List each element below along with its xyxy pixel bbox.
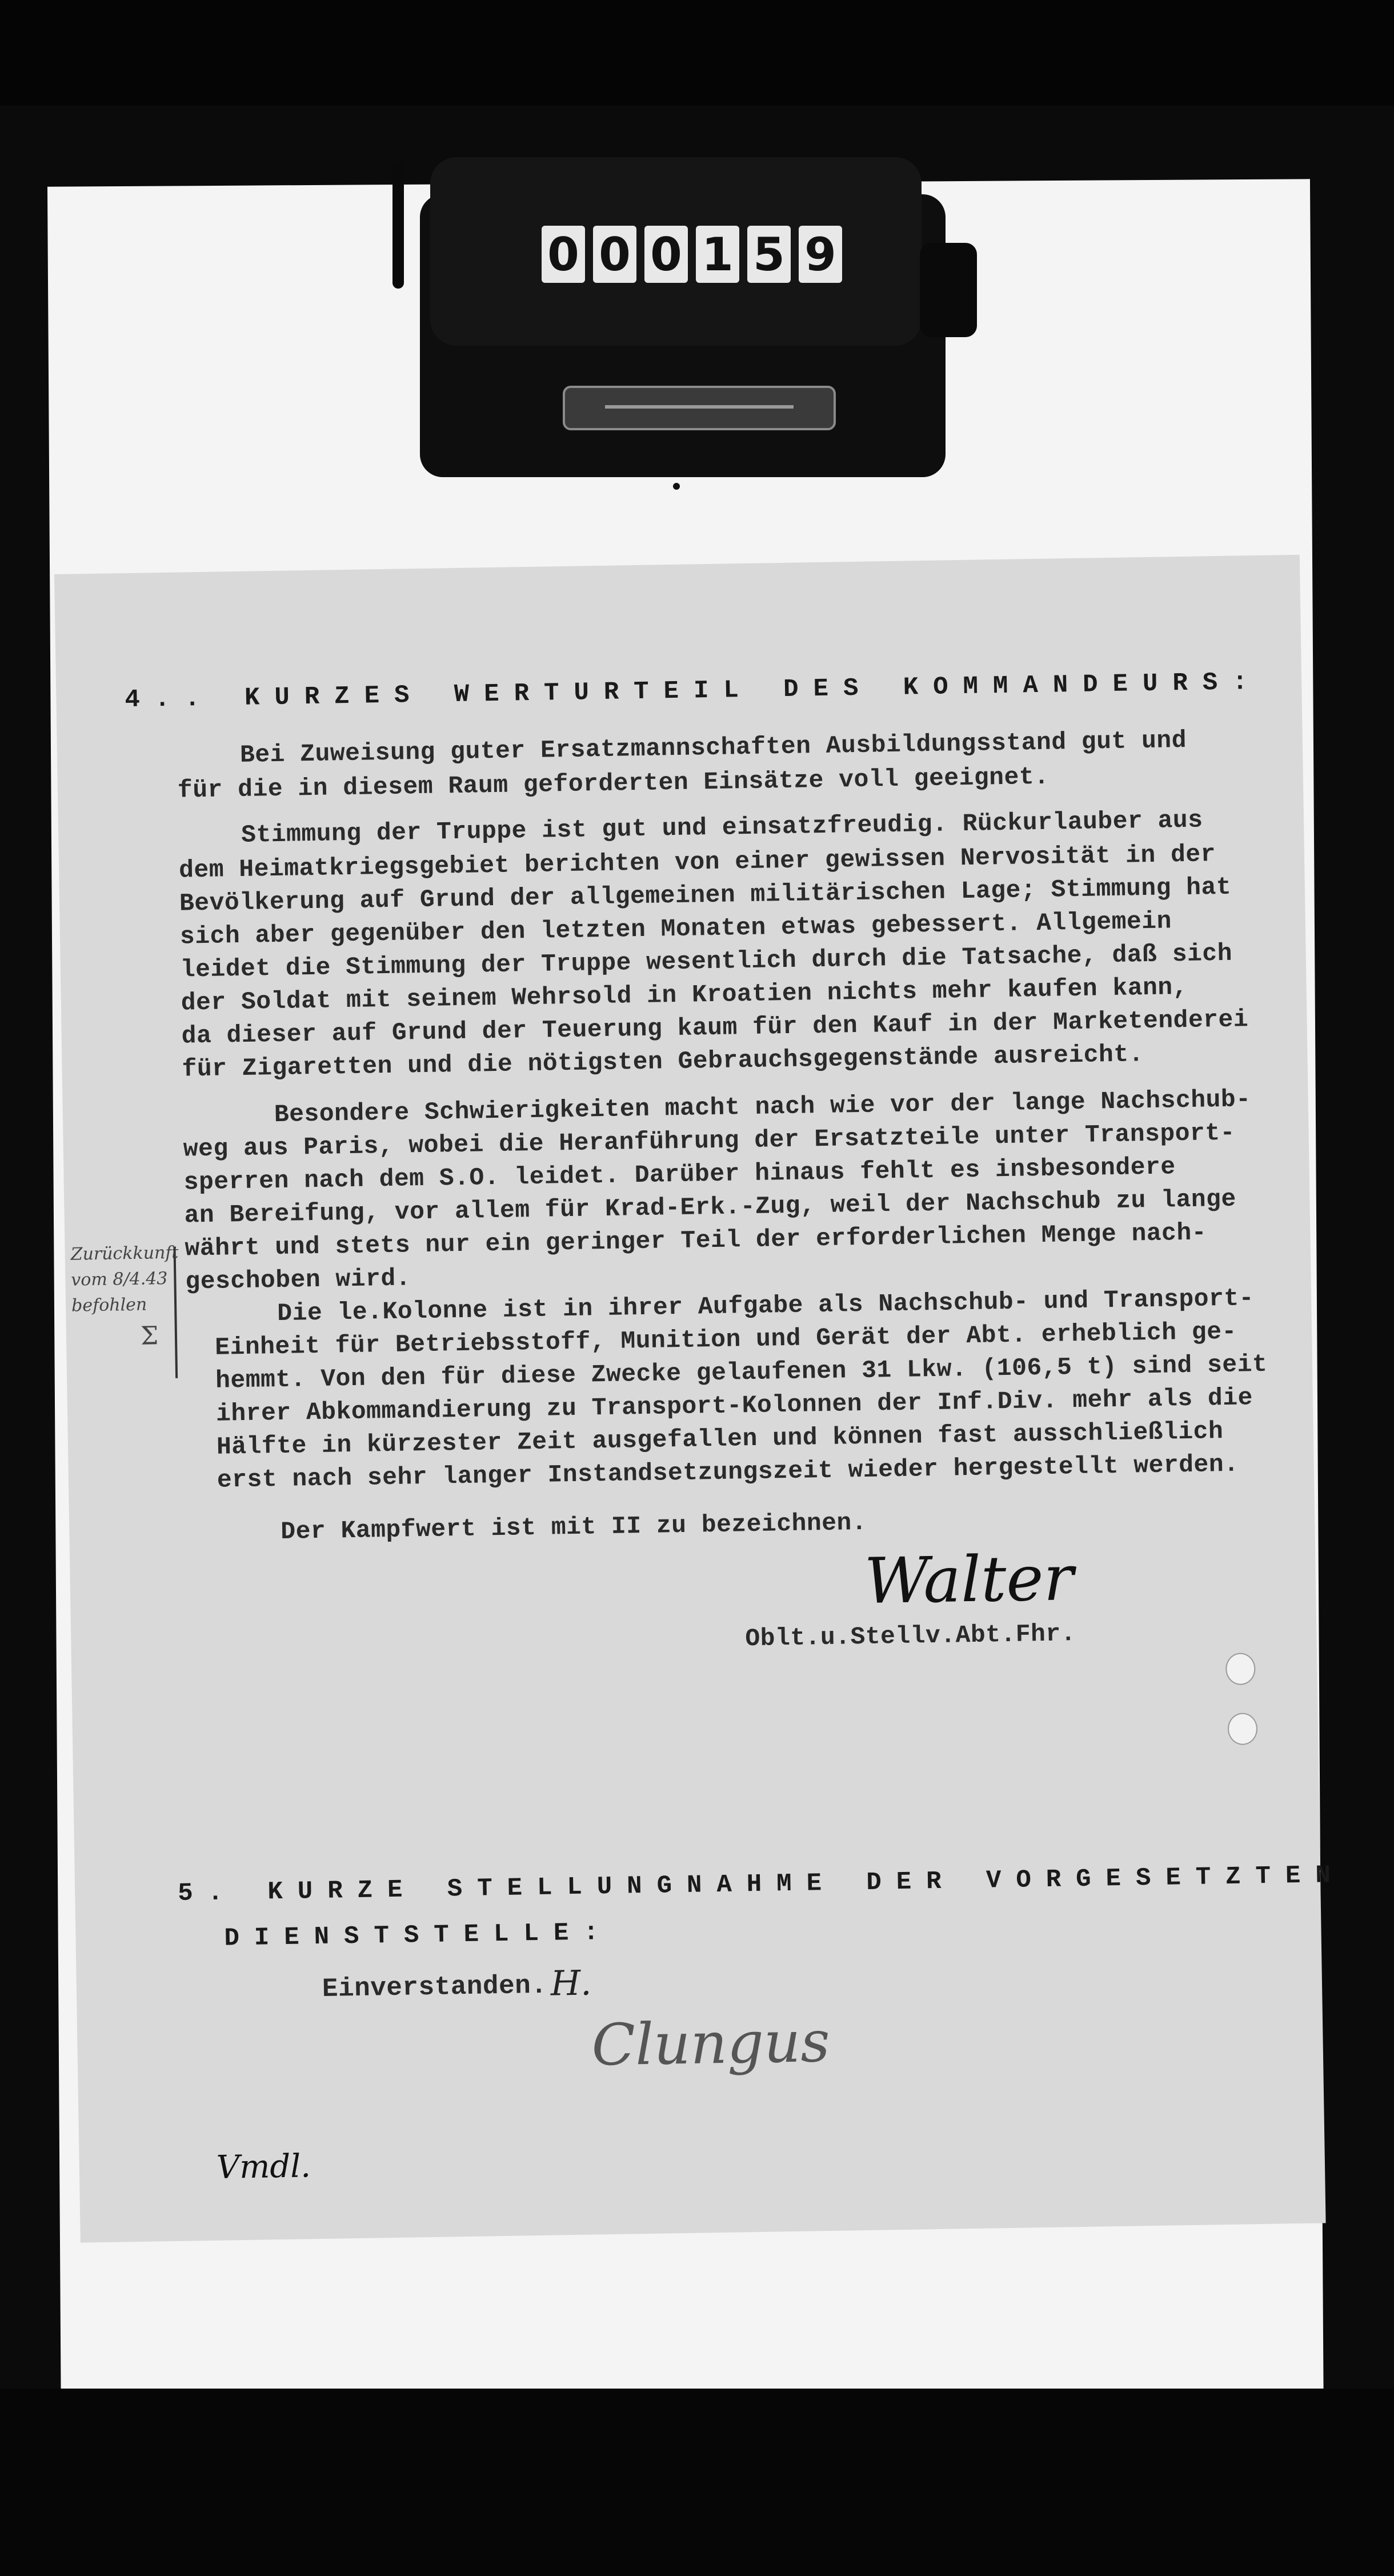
counter-cable — [392, 163, 404, 289]
microfilm-border-top — [0, 0, 1394, 106]
counter-digit: 1 — [696, 226, 739, 283]
punch-hole — [1225, 1653, 1256, 1685]
counter-digits: 0 0 0 1 5 9 — [542, 226, 842, 283]
frame-counter: 0 0 0 1 5 9 — [420, 157, 951, 477]
counter-nameplate — [563, 386, 836, 430]
counter-digit: 5 — [747, 226, 791, 283]
document-page: 4.. KURZES WERTURTEIL DES KOMMANDEURS: B… — [54, 555, 1326, 2243]
commander-signature: Walter — [864, 1541, 1074, 1618]
text-line: Stimmung der Truppe ist gut und einsatzf… — [241, 807, 1203, 847]
punch-hole — [1228, 1713, 1258, 1745]
section-4-heading: 4.. KURZES WERTURTEIL DES KOMMANDEURS: — [125, 670, 1263, 713]
superior-signature: Clungus — [591, 2008, 831, 2079]
section-5-heading: 5. KURZE STELLUNGNAHME DER VORGESETZTEN — [178, 1863, 1345, 1906]
counter-top: 0 0 0 1 5 9 — [430, 157, 922, 346]
bottom-note: Vmdl. — [216, 2147, 311, 2186]
initials: H. — [550, 1963, 591, 2004]
margin-note: Zurückkunft vom 8/4.43 befohlen Σ — [70, 1240, 186, 1357]
microfilm-border-bottom — [0, 2389, 1394, 2576]
counter-digit: 0 — [593, 226, 636, 283]
counter-digit: 9 — [799, 226, 842, 283]
text-line: Bei Zuweisung guter Ersatzmannschaften A… — [240, 728, 1187, 767]
counter-digit: 0 — [542, 226, 585, 283]
margin-note-line: Zurückkunft — [70, 1240, 185, 1267]
margin-note-line: befohlen — [71, 1291, 186, 1319]
margin-note-line: vom 8/4.43 — [71, 1266, 186, 1293]
approval-text: Einverstanden. — [322, 1973, 547, 2002]
text-line: für die in diesem Raum geforderten Einsä… — [178, 765, 1049, 803]
counter-digit: 0 — [644, 226, 688, 283]
sigma-mark: Σ — [71, 1317, 186, 1357]
text-line: geschoben wird. — [185, 1266, 411, 1294]
section-5-heading-continued: DIENSTSTELLE: — [224, 1920, 614, 1951]
signature-title: Oblt.u.Stellv.Abt.Fhr. — [745, 1621, 1076, 1651]
pin-hole — [673, 483, 680, 490]
counter-knob — [920, 243, 977, 337]
text-line: Der Kampfwert ist mit II zu bezeichnen. — [281, 1510, 867, 1544]
